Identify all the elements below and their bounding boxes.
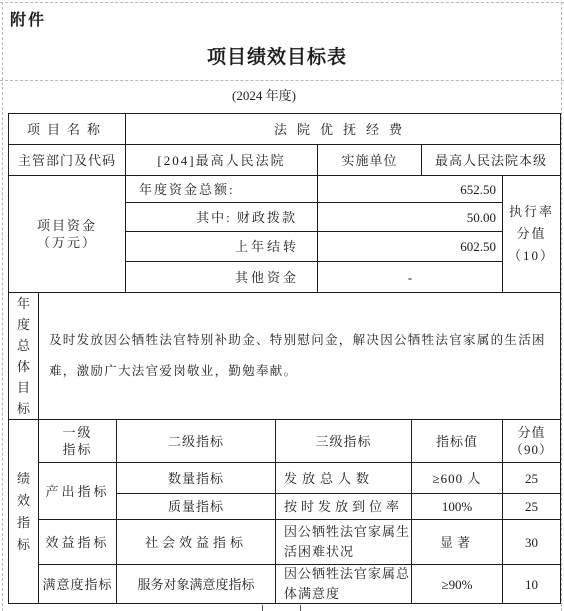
perf-row4-value: ≥90% (412, 565, 503, 603)
perf-header-score: 分值 （90） (503, 420, 560, 463)
footer-frame-tick-left (262, 605, 263, 611)
perf-row4-score: 10 (503, 565, 560, 603)
funding-row-carryover-value: 602.50 (318, 232, 503, 262)
annual-goal-label: 年 度 总 体 目 标 (9, 293, 39, 420)
exec-rate-line2: 分值 (516, 223, 546, 245)
dept-value: [204]最高人民法院 (126, 145, 318, 176)
perf-header-level1: 一级 指标 (39, 420, 117, 463)
impl-unit-label: 实施单位 (318, 145, 422, 176)
perf-row3-score: 30 (503, 520, 560, 565)
funding-row-total-label: 年度资金总额: (126, 176, 318, 203)
funding-label-line2: （万元） (37, 234, 97, 251)
perf-level1-satisfaction: 满意度指标 (39, 565, 117, 603)
project-name-label: 项目名称 (9, 114, 126, 145)
attachment-label: 附件 (10, 7, 46, 30)
perf-header-value: 指标值 (412, 420, 503, 463)
funding-label: 项目资金 （万元） (9, 176, 126, 293)
project-name-value: 法院优抚经费 (126, 114, 560, 145)
perf-row1-level3: 发放总人数 (276, 463, 412, 494)
performance-target-table: 项目名称 法院优抚经费 主管部门及代码 [204]最高人民法院 实施单位 最高人… (8, 113, 561, 604)
page-boundary-top (0, 2, 564, 3)
exec-rate-score-label: 执行率 分值 （10） (503, 176, 560, 293)
document-page: 附件 项目绩效目标表 (2024 年度) 项目名称 法院优抚经费 主管部门及代码… (0, 0, 564, 611)
perf-header-level2: 二级指标 (117, 420, 276, 463)
page-subtitle: (2024 年度) (0, 85, 546, 104)
perf-row4-level2: 服务对象满意度指标 (117, 565, 276, 603)
perf-row3-level2: 社会效益指标 (117, 520, 276, 565)
dept-label: 主管部门及代码 (9, 145, 126, 176)
exec-rate-line3: （10） (508, 245, 555, 267)
perf-row2-level3: 按时发放到位率 (276, 494, 412, 520)
perf-level1-output: 产出指标 (39, 463, 117, 520)
header-boundary-line (0, 80, 564, 81)
annual-goal-cell: 及时发放因公牺牲法官特别补助金、特别慰问金，解决因公牺牲法官家属的生活困难，激励… (39, 293, 560, 420)
funding-row-appropriation-label: 其中: 财政拨款 (126, 203, 318, 232)
perf-row2-score: 25 (503, 494, 560, 520)
page-title: 项目绩效目标表 (0, 42, 559, 69)
perf-header-level3: 三级指标 (276, 420, 412, 463)
footer-frame-tick-right (300, 605, 301, 611)
perf-row2-value: 100% (412, 494, 503, 520)
funding-row-carryover-label: 上年结转 (126, 232, 318, 262)
funding-row-appropriation-value: 50.00 (318, 203, 503, 232)
funding-row-other-label: 其他资金 (126, 262, 318, 293)
funding-row-total-value: 652.50 (318, 176, 503, 203)
impl-unit-value: 最高人民法院本级 (422, 145, 560, 176)
perf-row1-value: ≥600 人 (412, 463, 503, 494)
perf-section-label: 绩 效 指 标 (9, 420, 39, 603)
perf-row3-value: 显著 (412, 520, 503, 565)
perf-row4-level3: 因公牺牲法官家属总体满意度 (276, 565, 412, 603)
perf-row1-score: 25 (503, 463, 560, 494)
perf-row3-level3: 因公牺牲法官家属生活困难状况 (276, 520, 412, 565)
funding-row-other-value: - (318, 262, 503, 293)
exec-rate-line1: 执行率 (509, 201, 554, 223)
perf-row1-level2: 数量指标 (117, 463, 276, 494)
perf-level1-benefit: 效益指标 (39, 520, 117, 565)
annual-goal-text: 及时发放因公牺牲法官特别补助金、特别慰问金，解决因公牺牲法官家属的生活困难，激励… (39, 325, 560, 387)
perf-row2-level2: 质量指标 (117, 494, 276, 520)
funding-label-line1: 项目资金 (37, 217, 97, 234)
page-boundary-right (561, 2, 562, 611)
